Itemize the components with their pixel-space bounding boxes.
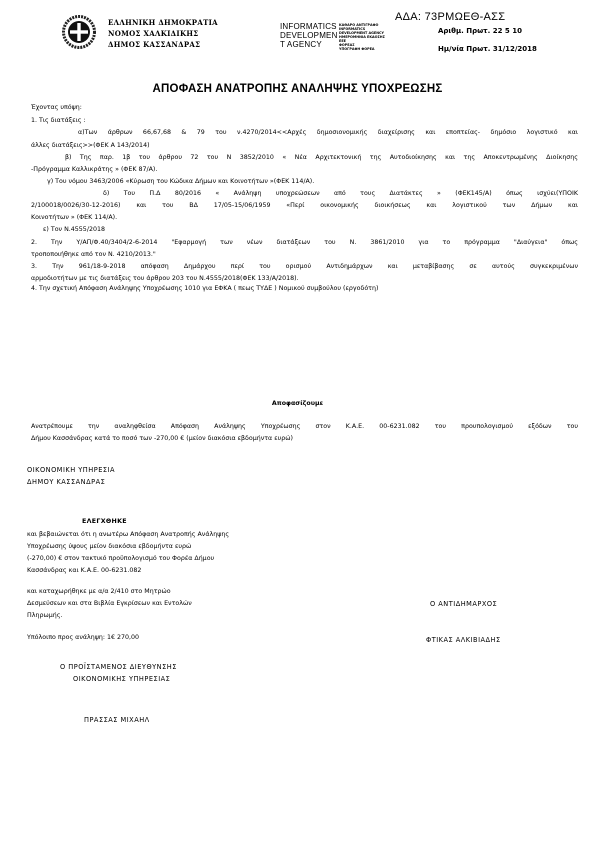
- item3-line1: 3. Την 961/18-9-2018 απόφαση Δημάρχου πε…: [31, 261, 578, 273]
- verification-line3: (-270,00) € στον τακτικό προϋπολογισμό τ…: [27, 553, 214, 565]
- clause-a-line2: άλλες διατάξεις>>(ΦΕΚ Α 143/2014): [31, 140, 150, 152]
- remaining-balance: Υπόλοιπο προς ανάληψη: 1€ 270,00: [27, 632, 139, 644]
- protocol-number: Αριθμ. Πρωτ. 22 5 10: [438, 27, 522, 35]
- verification-line2: Υποχρέωσης ύψους μείον διακόσια εβδομήντ…: [27, 541, 191, 553]
- authority-line-municipality: ΔΗΜΟΣ ΚΑΣΣΑΝΔΡΑΣ: [108, 39, 218, 50]
- registration-line2: Δεσμεύσεων και στα Βιβλία Εγκρίσεων και …: [27, 598, 192, 610]
- authority-line-prefecture: ΝΟΜΟΣ ΧΑΛΚΙΔΙΚΗΣ: [108, 28, 218, 39]
- protocol-date: Ημ/νία Πρωτ. 31/12/2018: [438, 45, 537, 53]
- financial-service-line1: ΟΙΚΟΝΟΜΙΚΗ ΥΠΗΡΕΣΙΑ: [27, 466, 115, 474]
- agency-label: INFORMATICS DEVELOPMEN T AGENCY: [280, 22, 338, 49]
- document-title: ΑΠΟΦΑΣΗ ΑΝΑΤΡΟΠΗΣ ΑΝΑΛΗΨΗΣ ΥΠΟΧΡΕΩΣΗΣ: [0, 83, 595, 95]
- agency-line-3: T AGENCY: [280, 40, 338, 49]
- verification-line1: και βεβαιώνεται ότι η ανωτέρω Απόφαση Αν…: [27, 529, 229, 541]
- financial-service-line2: ΔΗΜΟΥ ΚΑΣΣΑΝΔΡΑΣ: [27, 478, 105, 486]
- agency-line-1: INFORMATICS: [280, 22, 338, 31]
- clause-a-line1: α)Των άρθρων 66,67,68 & 79 του ν.4270/20…: [78, 127, 578, 139]
- agency-line-2: DEVELOPMEN: [280, 31, 338, 40]
- greek-emblem-icon: [62, 15, 96, 49]
- clause-b-line1: β) Της παρ. 1β του άρθρου 72 του Ν 3852/…: [65, 152, 578, 164]
- registration-line3: Πληρωμής.: [27, 610, 62, 622]
- verified-heading: ΕΛΕΓΧΘΗΚΕ: [82, 516, 127, 528]
- clause-e-line1: ε) Τον Ν.4555/2018: [43, 224, 105, 236]
- decision-line1: Ανατρέπουμε την αναληφθείσα Απόφαση Ανάλ…: [31, 421, 578, 433]
- clause-c-line1: γ) Του νόμου 3463/2006 «Κύρωση του Κώδικ…: [47, 176, 314, 188]
- authority-header: ΕΛΛΗΝΙΚΗ ΔΗΜΟΚΡΑΤΙΑ ΝΟΜΟΣ ΧΑΛΚΙΔΙΚΗΣ ΔΗΜ…: [108, 17, 218, 50]
- clause-d-line1: δ) Του Π.Δ 80/2016 « Ανάληψη υποχρεώσεων…: [103, 188, 578, 200]
- item1-heading: 1. Τις διατάξεις :: [31, 115, 86, 127]
- clause-d-line3: Κοινοτήτων » (ΦΕΚ 114/Α).: [31, 212, 117, 224]
- ada-code: ΑΔΑ: 73ΡΜΩΕΘ-ΑΣΣ: [395, 11, 505, 23]
- registration-line1: και καταχωρήθηκε με α/α 2/410 στο Μητρώο: [27, 586, 171, 598]
- agency-stamp-small: ΚΑΘΑΡΟ ΑΝΤΙΓΡΑΦΟ INFORMATICS DEVELOPMENT…: [339, 23, 385, 51]
- item4-line1: 4. Την σχετική Απόφαση Ανάληψης Υποχρέωσ…: [31, 283, 378, 295]
- deputy-mayor-title: Ο ΑΝΤΙΔΗΜΑΡΧΟΣ: [430, 600, 497, 608]
- director-name: ΠΡΑΣΣΑΣ ΜΙΧΑΗΛ: [84, 716, 150, 724]
- stamp-line: ΥΠΟΓΡΑΦΗ ΦΟΡΕΑ: [339, 47, 385, 51]
- clause-b-line2: -Πρόγραμμα Καλλικράτης » (ΦΕΚ 87/Α).: [31, 164, 157, 176]
- decision-heading: Αποφασίζουμε: [0, 398, 595, 410]
- authority-line-country: ΕΛΛΗΝΙΚΗ ΔΗΜΟΚΡΑΤΙΑ: [108, 17, 218, 28]
- clause-d-line2: 2/100018/0026/30-12-2016) και του ΒΔ 17/…: [31, 200, 578, 212]
- director-title-line2: ΟΙΚΟΝΟΜΙΚΗΣ ΥΠΗΡΕΣΙΑΣ: [73, 675, 170, 683]
- verification-line4: Κασσάνδρας και Κ.Α.Ε. 00-6231.082: [27, 565, 141, 577]
- deputy-mayor-name: ΦΤΙΚΑΣ ΑΛΚΙΒΙΑΔΗΣ: [426, 636, 501, 644]
- item2-line2: τροποποιήθηκε από τον Ν. 4210/2013.": [31, 249, 156, 261]
- director-title-line1: Ο ΠΡΟΪΣΤΑΜΕΝΟΣ ΔΙΕΥΘΥΝΣΗΣ: [60, 663, 177, 671]
- decision-line2: Δήμου Κασσάνδρας κατά το ποσό των -270,0…: [31, 433, 293, 445]
- intro-text: Έχοντας υπόψη:: [31, 102, 82, 114]
- item2-line1: 2. Την Υ/ΑΠ/Φ.40/3404/2-6-2014 "Εφαρμογή…: [31, 237, 578, 249]
